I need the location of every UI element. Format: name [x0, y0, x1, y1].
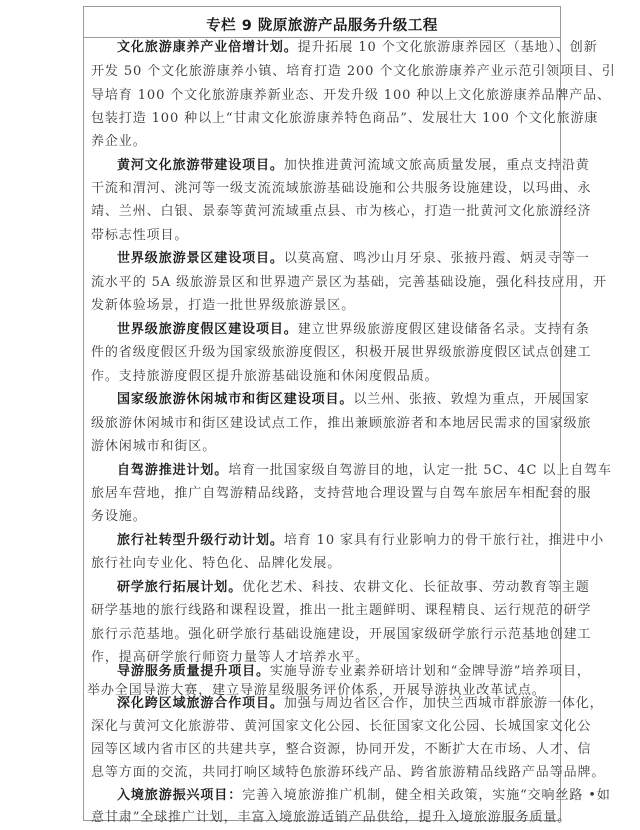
- paragraph-line: 游休闲城市和街区。: [91, 437, 555, 457]
- paragraph-heading: 入境旅游振兴项目：: [117, 788, 242, 803]
- paragraph-line: 世界级旅游景区建设项目。以莫高窟、鸣沙山月牙泉、张掖丹霞、炳灵寺等一: [117, 249, 555, 269]
- paragraph-line: 件的省级度假区升级为国家级旅游度假区，积极开展世界级旅游度假区试点创建工: [91, 343, 555, 363]
- paragraph-line: 入境旅游振兴项目：完善入境旅游推广机制，健全相关政策，实施“交响丝路 •如: [117, 786, 555, 806]
- paragraph-line: 旅行社向专业化、特色化、品牌化发展。: [91, 554, 555, 574]
- paragraph-heading: 深化跨区域旅游合作项目。: [117, 696, 284, 711]
- paragraph-line: 国家级旅游休闲城市和街区建设项目。以兰州、张掖、敦煌为重点，开展国家: [117, 390, 555, 410]
- paragraph-heading: 自驾游推进计划。: [117, 463, 228, 478]
- paragraph-heading: 导游服务质量提升项目。: [117, 664, 270, 679]
- column-title: 专栏 9 陇原旅游产品服务升级工程: [83, 14, 561, 35]
- paragraph-heading: 国家级旅游休闲城市和街区建设项目。: [117, 392, 353, 407]
- paragraph-line: 作。支持旅游度假区提升旅游基础设施和休闲度假品质。: [91, 367, 555, 387]
- paragraph-line: 息等方面的交流，共同打响区域特色旅游环线产品、跨省旅游精品线路产品等品牌。: [91, 763, 555, 783]
- paragraph-line: 深化与黄河文化旅游带、黄河国家文化公园、长征国家文化公园、长城国家文化公: [91, 717, 555, 737]
- paragraph-line: 干流和渭河、洮河等一级支流流域旅游基础设施和公共服务设施建设，以玛曲、永: [91, 179, 555, 199]
- paragraph-heading: 旅行社转型升级行动计划。: [117, 533, 284, 548]
- paragraph-line: 开发 50 个文化旅游康养小镇、培育打造 200 个文化旅游康养产业示范引领项目…: [91, 62, 555, 82]
- paragraph-line: 发新体验场景，打造一批世界级旅游景区。: [91, 296, 555, 316]
- paragraph-heading: 世界级旅游度假区建设项目。: [117, 322, 298, 337]
- paragraph-line: 务设施。: [91, 507, 555, 527]
- paragraph-line: 园等区域内省市区的共建共享，整合资源，协同开发，不断扩大在市场、人才、信: [91, 740, 555, 760]
- paragraph-line: 研学基地的旅行线路和课程设置，推出一批主题鲜明、课程精良、运行规范的研学: [91, 601, 555, 621]
- paragraph-heading: 研学旅行拓展计划。: [117, 580, 242, 595]
- paragraph-line: 包装打造 100 种以上“甘肃文化旅游康养特色商品”、发展壮大 100 个文化旅…: [91, 109, 555, 129]
- paragraph-line: 旅行社转型升级行动计划。培育 10 家具有行业影响力的骨干旅行社，推进中小: [117, 531, 555, 551]
- paragraph-heading: 黄河文化旅游带建设项目。: [117, 158, 284, 173]
- paragraph-line: 黄河文化旅游带建设项目。加快推进黄河流域文旅高质量发展，重点支持沿黄: [117, 156, 555, 176]
- paragraph-line: 旅行示范基地。强化研学旅行基础设施建设，开展国家级研学旅行示范基地创建工: [91, 625, 555, 645]
- paragraph-line: 级旅游休闲城市和街区建设试点工作，推出兼顾旅游者和本地居民需求的国家级旅: [91, 414, 555, 434]
- paragraph-line: 靖、兰州、白银、景泰等黄河流域重点县、市为核心，打造一批黄河文化旅游经济: [91, 202, 555, 222]
- paragraph-line: 导游服务质量提升项目。实施导游专业素养研培计划和“金牌导游”培养项目，: [117, 662, 555, 682]
- paragraph-heading: 世界级旅游景区建设项目。: [117, 251, 284, 266]
- paragraph-line: 世界级旅游度假区建设项目。建立世界级旅游度假区建设储备名录。支持有条: [117, 320, 555, 340]
- paragraph-line: 养企业。: [91, 132, 555, 152]
- paragraph-heading: 文化旅游康养产业倍增计划。: [117, 40, 298, 55]
- paragraph-line: 研学旅行拓展计划。优化艺术、科技、农耕文化、长征故事、劳动教育等主题: [117, 578, 555, 598]
- paragraph-line: 深化跨区域旅游合作项目。加强与周边省区合作，加快兰西城市群旅游一体化，: [117, 694, 555, 714]
- paragraph-line: 自驾游推进计划。培育一批国家级自驾游目的地，认定一批 5C、4C 以上自驾车: [117, 461, 555, 481]
- paragraph-line: 带标志性项目。: [91, 226, 555, 246]
- paragraph-line: 导培育 100 个文化旅游康养新业态、开发升级 100 种以上文化旅游康养品牌产…: [91, 86, 555, 106]
- paragraph-line: 文化旅游康养产业倍增计划。提升拓展 10 个文化旅游康养园区（基地）、创新: [117, 38, 555, 58]
- paragraph-line: 流水平的 5A 级旅游景区和世界遗产景区为基础，完善基础设施，强化科技应用，开: [91, 273, 555, 293]
- paragraph-line: 旅居车营地，推广自驾游精品线路，支持营地合理设置与自驾车旅居车相配套的服: [91, 484, 555, 504]
- paragraph-line: 意甘肃”全球推广计划，丰富入境旅游适销产品供给，提升入境旅游服务质量。: [91, 808, 555, 828]
